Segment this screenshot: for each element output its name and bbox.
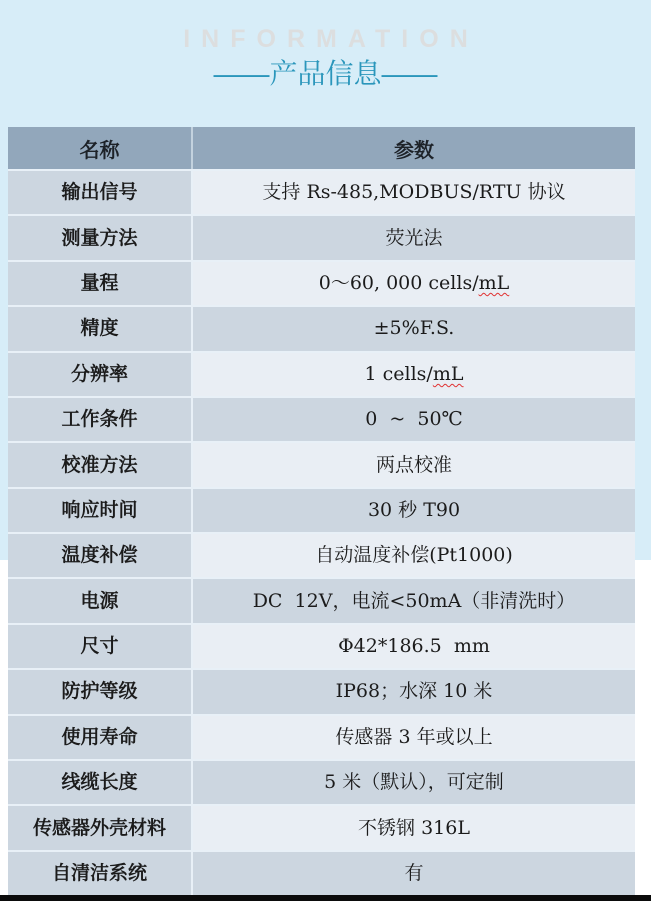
row-label: 线缆长度 xyxy=(8,761,193,804)
row-label: 测量方法 xyxy=(8,216,193,259)
row-value-text: ±5%F.S. xyxy=(374,317,455,340)
row-value: Φ42*186.5 mm xyxy=(193,625,635,668)
row-value: 0～60, 000 cells/mL xyxy=(193,262,635,305)
row-value-text: 1 cells/ xyxy=(365,363,433,386)
table-row: 使用寿命传感器 3 年或以上 xyxy=(8,714,635,759)
row-value: 1 cells/mL xyxy=(193,353,635,396)
row-value: 两点校准 xyxy=(193,443,635,486)
table-row: 传感器外壳材料不锈钢 316L xyxy=(8,804,635,849)
spec-table-body: 输出信号支持 Rs-485,MODBUS/RTU 协议测量方法荧光法量程0～60… xyxy=(8,169,635,895)
row-label: 电源 xyxy=(8,579,193,622)
row-value: 30 秒 T90 xyxy=(193,489,635,532)
row-value-text: 30 秒 T90 xyxy=(368,499,460,522)
row-value-text: 自动温度补偿(Pt1000) xyxy=(315,544,513,567)
row-value-text: DC 12V，电流<50mA（非清洗时） xyxy=(253,590,576,613)
row-value-text: 5 米（默认），可定制 xyxy=(324,771,504,794)
table-row: 防护等级IP68；水深 10 米 xyxy=(8,668,635,713)
row-value: 有 xyxy=(193,852,635,895)
table-row: 输出信号支持 Rs-485,MODBUS/RTU 协议 xyxy=(8,169,635,214)
table-row: 分辨率1 cells/mL xyxy=(8,351,635,396)
table-row: 响应时间30 秒 T90 xyxy=(8,487,635,532)
table-row: 量程0～60, 000 cells/mL xyxy=(8,260,635,305)
table-row: 自清洁系统有 xyxy=(8,850,635,895)
row-value: DC 12V，电流<50mA（非清洗时） xyxy=(193,579,635,622)
table-row: 精度±5%F.S. xyxy=(8,305,635,350)
product-info-page: INFORMATION ——产品信息—— 名称 参数 输出信号支持 Rs-485… xyxy=(0,0,651,903)
table-row: 电源DC 12V，电流<50mA（非清洗时） xyxy=(8,577,635,622)
table-row: 温度补偿自动温度补偿(Pt1000) xyxy=(8,532,635,577)
row-label: 输出信号 xyxy=(8,171,193,214)
bottom-divider xyxy=(0,895,651,901)
row-value-text: 0～60, 000 cells/ xyxy=(319,272,479,295)
row-value-text: 荧光法 xyxy=(385,227,442,250)
row-value-text: 有 xyxy=(404,862,423,885)
row-label: 量程 xyxy=(8,262,193,305)
row-value-text: 两点校准 xyxy=(376,454,452,477)
row-label: 工作条件 xyxy=(8,398,193,441)
row-value-text: Φ42*186.5 mm xyxy=(338,635,490,658)
row-label: 尺寸 xyxy=(8,625,193,668)
section-title-chinese: ——产品信息—— xyxy=(0,58,651,90)
row-value: 自动温度补偿(Pt1000) xyxy=(193,534,635,577)
row-value: 支持 Rs-485,MODBUS/RTU 协议 xyxy=(193,171,635,214)
row-value-text: 0 ~ 50℃ xyxy=(365,408,463,431)
column-header-parameter: 参数 xyxy=(193,127,635,169)
row-value-text: 传感器 3 年或以上 xyxy=(335,726,492,749)
row-label: 校准方法 xyxy=(8,443,193,486)
row-label: 使用寿命 xyxy=(8,716,193,759)
row-value: 传感器 3 年或以上 xyxy=(193,716,635,759)
table-row: 尺寸Φ42*186.5 mm xyxy=(8,623,635,668)
row-label: 自清洁系统 xyxy=(8,852,193,895)
row-label: 防护等级 xyxy=(8,670,193,713)
row-value: ±5%F.S. xyxy=(193,307,635,350)
table-header-row: 名称 参数 xyxy=(8,127,635,169)
section-title-english: INFORMATION xyxy=(0,0,651,54)
row-value: 荧光法 xyxy=(193,216,635,259)
row-value: 5 米（默认），可定制 xyxy=(193,761,635,804)
row-value-text: IP68；水深 10 米 xyxy=(336,680,493,703)
row-value-text: 支持 Rs-485,MODBUS/RTU 协议 xyxy=(262,181,565,204)
row-label: 响应时间 xyxy=(8,489,193,532)
row-value-text: 不锈钢 316L xyxy=(358,817,470,840)
table-row: 校准方法两点校准 xyxy=(8,441,635,486)
spec-table: 名称 参数 输出信号支持 Rs-485,MODBUS/RTU 协议测量方法荧光法… xyxy=(8,127,635,895)
spellcheck-underlined-text: mL xyxy=(433,363,464,386)
row-value: 0 ~ 50℃ xyxy=(193,398,635,441)
row-value: 不锈钢 316L xyxy=(193,806,635,849)
row-label: 分辨率 xyxy=(8,353,193,396)
column-header-name: 名称 xyxy=(8,127,193,169)
row-value: IP68；水深 10 米 xyxy=(193,670,635,713)
table-row: 工作条件0 ~ 50℃ xyxy=(8,396,635,441)
row-label: 温度补偿 xyxy=(8,534,193,577)
table-row: 线缆长度5 米（默认），可定制 xyxy=(8,759,635,804)
spellcheck-underlined-text: mL xyxy=(479,272,510,295)
row-label: 精度 xyxy=(8,307,193,350)
row-label: 传感器外壳材料 xyxy=(8,806,193,849)
table-row: 测量方法荧光法 xyxy=(8,214,635,259)
